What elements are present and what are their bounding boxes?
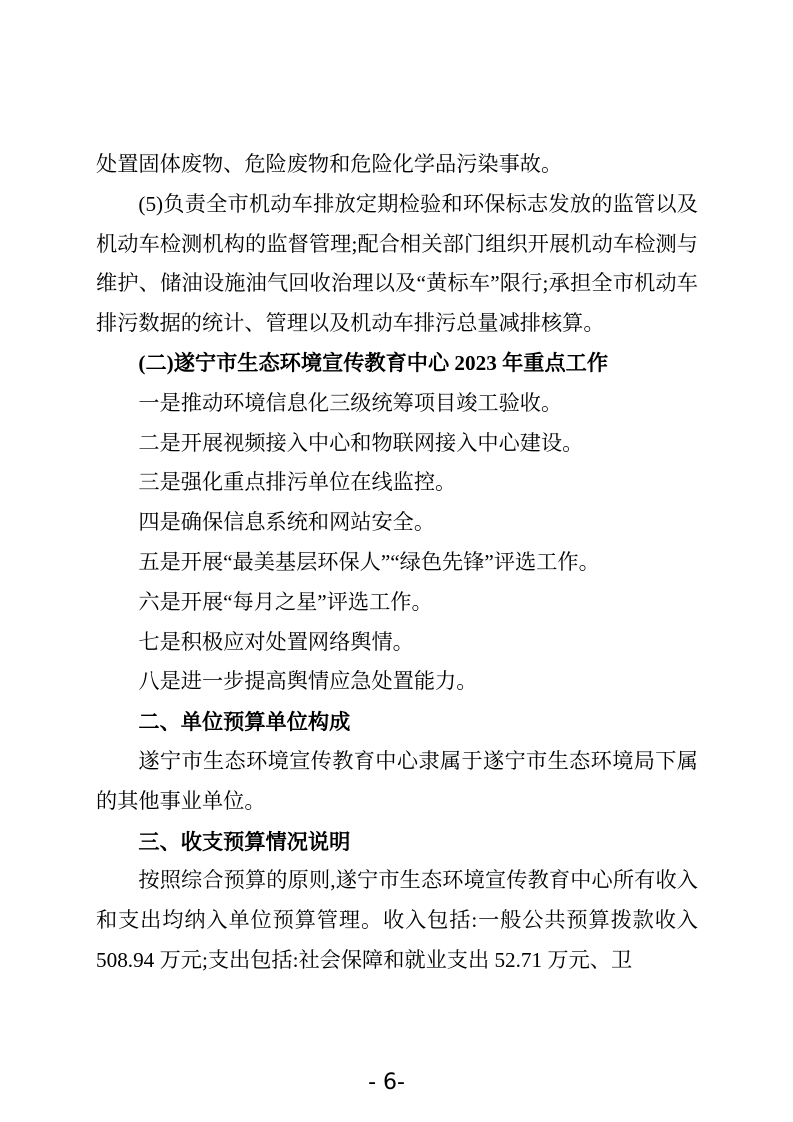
paragraph-budget-explanation: 按照综合预算的原则,遂宁市生态环境宣传教育中心所有收入和支出均纳入单位预算管理。… [96,861,698,980]
list-item-2: 二是开展视频接入中心和物联网接入中心建设。 [96,424,698,464]
list-item-4: 四是确保信息系统和网站安全。 [96,503,698,543]
list-item-3: 三是强化重点排污单位在线监控。 [96,463,698,503]
document-page: 处置固体废物、危险废物和危险化学品污染事故。 (5)负责全市机动车排放定期检验和… [0,0,793,1122]
list-item-6: 六是开展“每月之星”评选工作。 [96,583,698,623]
chapter-heading-unit-composition: 二、单位预算单位构成 [96,702,698,742]
list-item-8: 八是进一步提高舆情应急处置能力。 [96,662,698,702]
document-body: 处置固体废物、危险废物和危险化学品污染事故。 (5)负责全市机动车排放定期检验和… [96,145,698,981]
section-heading-2: (二)遂宁市生态环境宣传教育中心 2023 年重点工作 [96,344,698,384]
list-item-1: 一是推动环境信息化三级统筹项目竣工验收。 [96,384,698,424]
list-item-7: 七是积极应对处置网络舆情。 [96,623,698,663]
paragraph-unit-composition: 遂宁市生态环境宣传教育中心隶属于遂宁市生态环境局下属的其他事业单位。 [96,742,698,822]
paragraph-continuation: 处置固体废物、危险废物和危险化学品污染事故。 [96,145,698,185]
page-number: - 6- [368,1070,405,1095]
chapter-heading-budget-explanation: 三、收支预算情况说明 [96,822,698,862]
list-item-5: 五是开展“最美基层环保人”“绿色先锋”评选工作。 [96,543,698,583]
page-footer: - 6- [0,1070,773,1095]
paragraph-item-5: (5)负责全市机动车排放定期检验和环保标志发放的监管以及机动车检测机构的监督管理… [96,185,698,344]
